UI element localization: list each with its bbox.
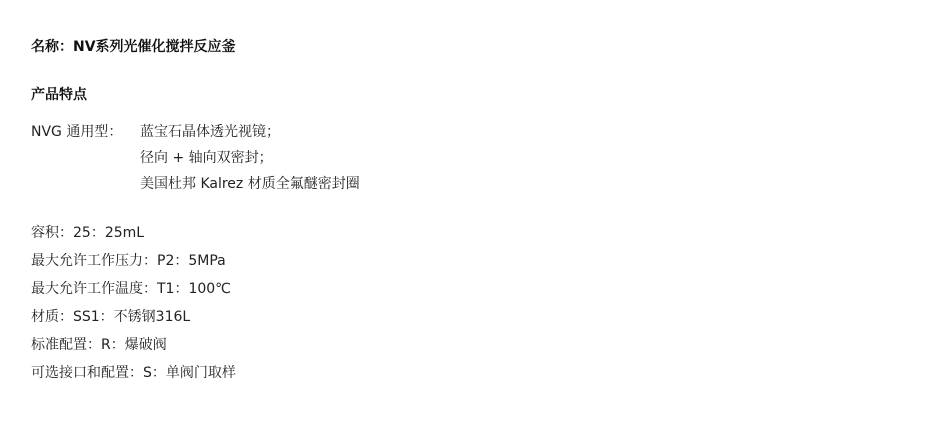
- feature-type-label: NVG 通用型：: [31, 119, 140, 145]
- feature-label-spacer: [31, 145, 140, 171]
- feature-item: 美国杜邦 Kalrez 材质全氟醚密封圈: [140, 171, 360, 197]
- product-name-title: 名称：NV系列光催化搅拌反应釜: [31, 37, 236, 57]
- features-heading: 产品特点: [31, 85, 87, 105]
- spec-max-temperature: 最大允许工作温度：T1：100℃: [31, 275, 236, 303]
- feature-row: 美国杜邦 Kalrez 材质全氟醚密封圈: [31, 171, 360, 197]
- feature-item: 蓝宝石晶体透光视镜；: [140, 119, 280, 145]
- spec-optional-config: 可选接口和配置：S：单阀门取样: [31, 359, 236, 387]
- spec-material: 材质：SS1：不锈钢316L: [31, 303, 236, 331]
- feature-label-spacer: [31, 171, 140, 197]
- spec-max-pressure: 最大允许工作压力：P2：5MPa: [31, 247, 236, 275]
- spec-standard-config: 标准配置：R：爆破阀: [31, 331, 236, 359]
- feature-row: 径向 + 轴向双密封；: [31, 145, 360, 171]
- feature-item: 径向 + 轴向双密封；: [140, 145, 273, 171]
- features-list: NVG 通用型： 蓝宝石晶体透光视镜； 径向 + 轴向双密封； 美国杜邦 Kal…: [31, 119, 360, 197]
- specs-list: 容积：25：25mL 最大允许工作压力：P2：5MPa 最大允许工作温度：T1：…: [31, 219, 236, 387]
- spec-volume: 容积：25：25mL: [31, 219, 236, 247]
- feature-row: NVG 通用型： 蓝宝石晶体透光视镜；: [31, 119, 360, 145]
